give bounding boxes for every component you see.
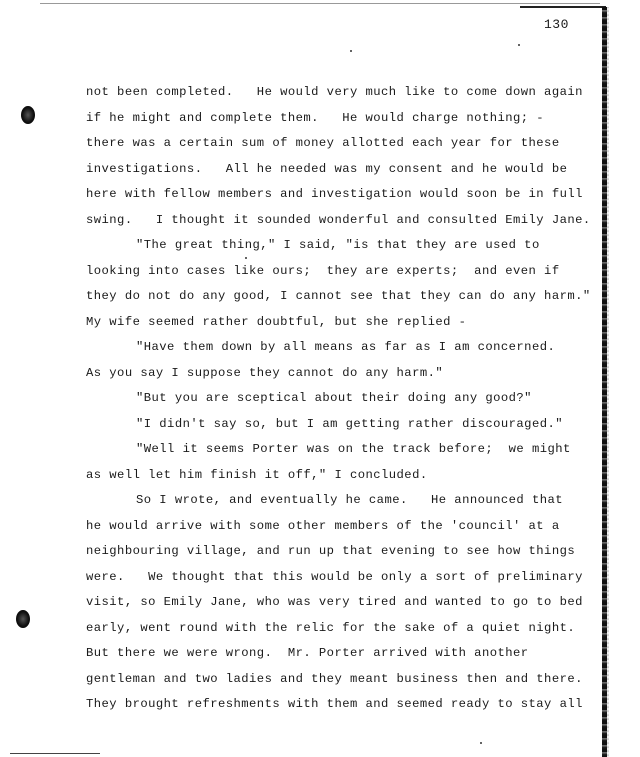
text-line: My wife seemed rather doubtful, but she … — [86, 310, 586, 336]
text-line: gentleman and two ladies and they meant … — [86, 667, 586, 693]
text-line: as well let him finish it off," I conclu… — [86, 463, 586, 489]
text-line: "But you are sceptical about their doing… — [86, 386, 586, 412]
text-line: visit, so Emily Jane, who was very tired… — [86, 590, 586, 616]
bottom-edge-rule — [10, 753, 100, 754]
text-line: But there we were wrong. Mr. Porter arri… — [86, 641, 586, 667]
top-edge-rule — [40, 3, 600, 4]
text-line: not been completed. He would very much l… — [86, 80, 586, 106]
text-line: They brought refreshments with them and … — [86, 692, 586, 718]
text-line: As you say I suppose they cannot do any … — [86, 361, 586, 387]
text-line: neighbouring village, and run up that ev… — [86, 539, 586, 565]
punch-hole-icon — [16, 610, 30, 628]
page-number: 130 — [544, 17, 569, 32]
text-line: "The great thing," I said, "is that they… — [86, 233, 586, 259]
text-line: there was a certain sum of money allotte… — [86, 131, 586, 157]
scan-speck — [518, 44, 520, 46]
page-right-edge-shadow — [607, 7, 609, 757]
scan-speck — [480, 742, 482, 744]
text-line: investigations. All he needed was my con… — [86, 157, 586, 183]
text-line: "Well it seems Porter was on the track b… — [86, 437, 586, 463]
text-line: "Have them down by all means as far as I… — [86, 335, 586, 361]
text-line: here with fellow members and investigati… — [86, 182, 586, 208]
scan-speck — [245, 257, 247, 259]
text-line: swing. I thought it sounded wonderful an… — [86, 208, 586, 234]
scan-speck — [350, 50, 352, 52]
typewritten-body: not been completed. He would very much l… — [86, 80, 586, 718]
text-line: were. We thought that this would be only… — [86, 565, 586, 591]
text-line: they do not do any good, I cannot see th… — [86, 284, 586, 310]
text-line: he would arrive with some other members … — [86, 514, 586, 540]
text-line: looking into cases like ours; they are e… — [86, 259, 586, 285]
text-line: early, went round with the relic for the… — [86, 616, 586, 642]
text-line: So I wrote, and eventually he came. He a… — [86, 488, 586, 514]
top-corner-rule — [520, 6, 606, 8]
punch-hole-icon — [21, 106, 35, 124]
text-line: "I didn't say so, but I am getting rathe… — [86, 412, 586, 438]
text-line: if he might and complete them. He would … — [86, 106, 586, 132]
